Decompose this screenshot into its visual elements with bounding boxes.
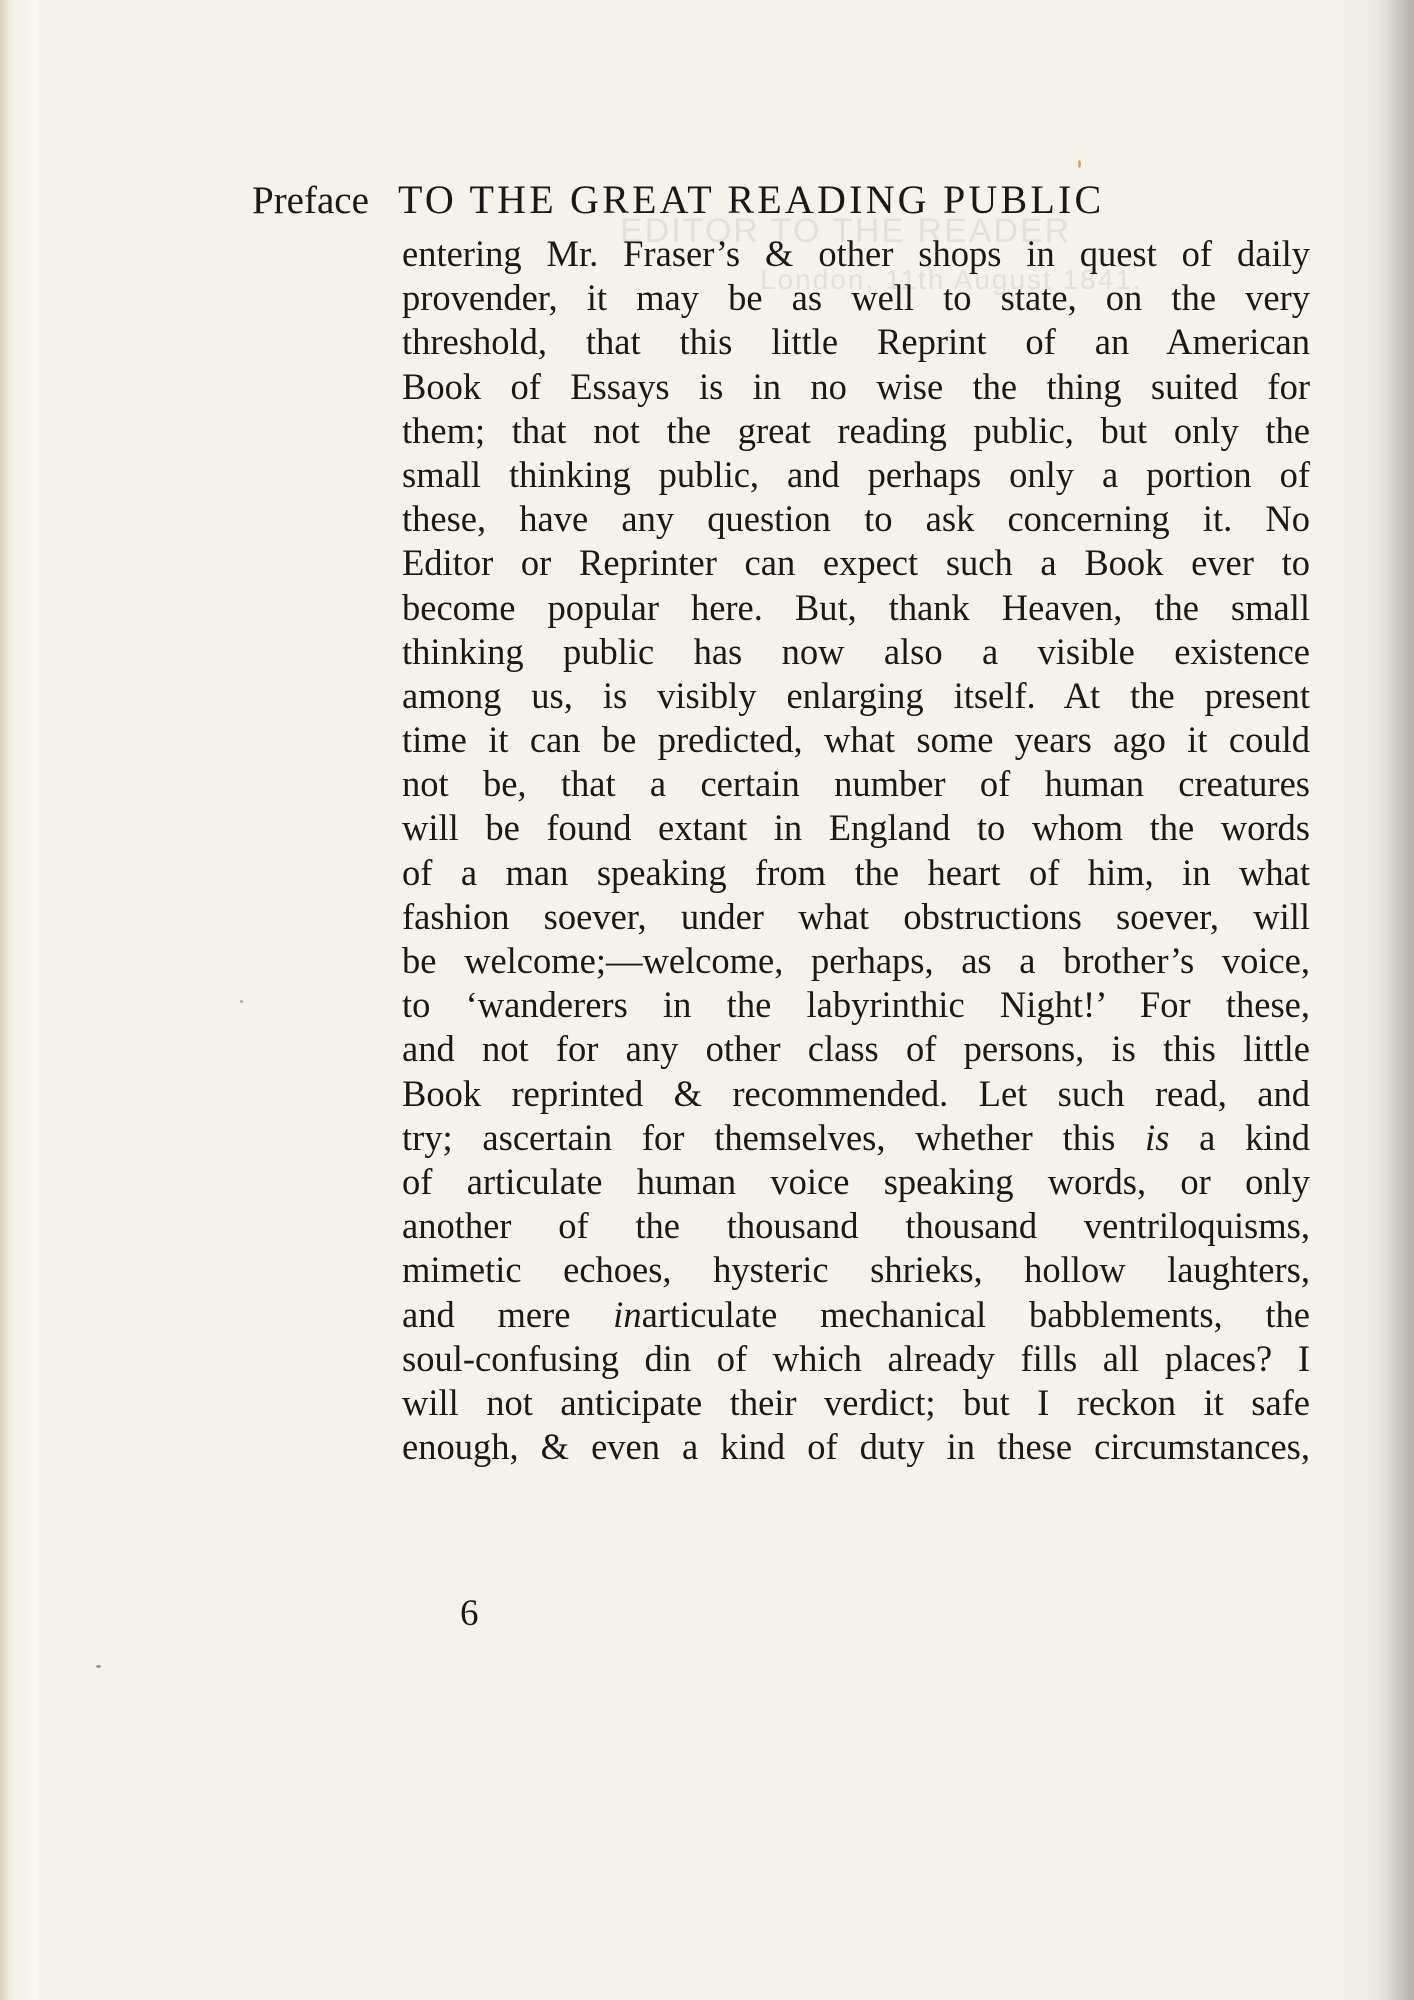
text-line: these, have any question to ask concerni… bbox=[402, 497, 1310, 541]
text-line: mimetic echoes, hysteric shrieks, hollow… bbox=[402, 1248, 1310, 1292]
text-line: Book reprinted & recommended. Let such r… bbox=[402, 1072, 1310, 1116]
text-line: and mere inarticulate mechanical babblem… bbox=[402, 1293, 1310, 1337]
gutter-shadow bbox=[1386, 0, 1414, 2000]
running-head: Preface bbox=[252, 178, 369, 223]
text-line: entering Mr. Fraser’s & other shops in q… bbox=[402, 232, 1310, 276]
text-line: will be found extant in England to whom … bbox=[402, 806, 1310, 850]
book-page: EDITOR TO THE READER London, 11th August… bbox=[0, 0, 1414, 2000]
text-line: try; ascertain for themselves, whether t… bbox=[402, 1116, 1310, 1160]
text-line: become popular here. But, thank Heaven, … bbox=[402, 586, 1310, 630]
text-line: Book of Essays is in no wise the thing s… bbox=[402, 365, 1310, 409]
text-line: and not for any other class of persons, … bbox=[402, 1027, 1310, 1071]
text-line: will not anticipate their verdict; but I… bbox=[402, 1381, 1310, 1425]
text-line: enough, & even a kind of duty in these c… bbox=[402, 1425, 1310, 1469]
text-line: not be, that a certain number of human c… bbox=[402, 762, 1310, 806]
text-line: threshold, that this little Reprint of a… bbox=[402, 320, 1310, 364]
text-line: to ‘wanderers in the labyrinthic Night!’… bbox=[402, 983, 1310, 1027]
text-line: among us, is visibly enlarging itself. A… bbox=[402, 674, 1310, 718]
text-line: of articulate human voice speaking words… bbox=[402, 1160, 1310, 1204]
text-line: thinking public has now also a visible e… bbox=[402, 630, 1310, 674]
text-line: Editor or Reprinter can expect such a Bo… bbox=[402, 541, 1310, 585]
text-line: be welcome;—welcome, perhaps, as a broth… bbox=[402, 939, 1310, 983]
italic-emphasis: in bbox=[613, 1294, 641, 1335]
paper-speck bbox=[96, 1665, 101, 1668]
page-title: TO THE GREAT READING PUBLIC bbox=[398, 176, 1104, 223]
body-text: entering Mr. Fraser’s & other shops in q… bbox=[402, 232, 1310, 1469]
page-number: 6 bbox=[460, 1592, 479, 1635]
page-left-edge bbox=[0, 0, 8, 2000]
text-line: provender, it may be as well to state, o… bbox=[402, 276, 1310, 320]
text-line: another of the thousand thousand ventril… bbox=[402, 1204, 1310, 1248]
text-line: small thinking public, and perhaps only … bbox=[402, 453, 1310, 497]
text-line: soul-confusing din of which already fill… bbox=[402, 1337, 1310, 1381]
italic-emphasis: is bbox=[1145, 1117, 1169, 1158]
text-line: time it can be predicted, what some year… bbox=[402, 718, 1310, 762]
deckle-edge bbox=[28, 0, 42, 2000]
text-line: of a man speaking from the heart of him,… bbox=[402, 851, 1310, 895]
text-line: them; that not the great reading public,… bbox=[402, 409, 1310, 453]
text-line: fashion soever, under what obstructions … bbox=[402, 895, 1310, 939]
paper-speck bbox=[1078, 160, 1081, 168]
paper-speck bbox=[240, 1000, 243, 1003]
